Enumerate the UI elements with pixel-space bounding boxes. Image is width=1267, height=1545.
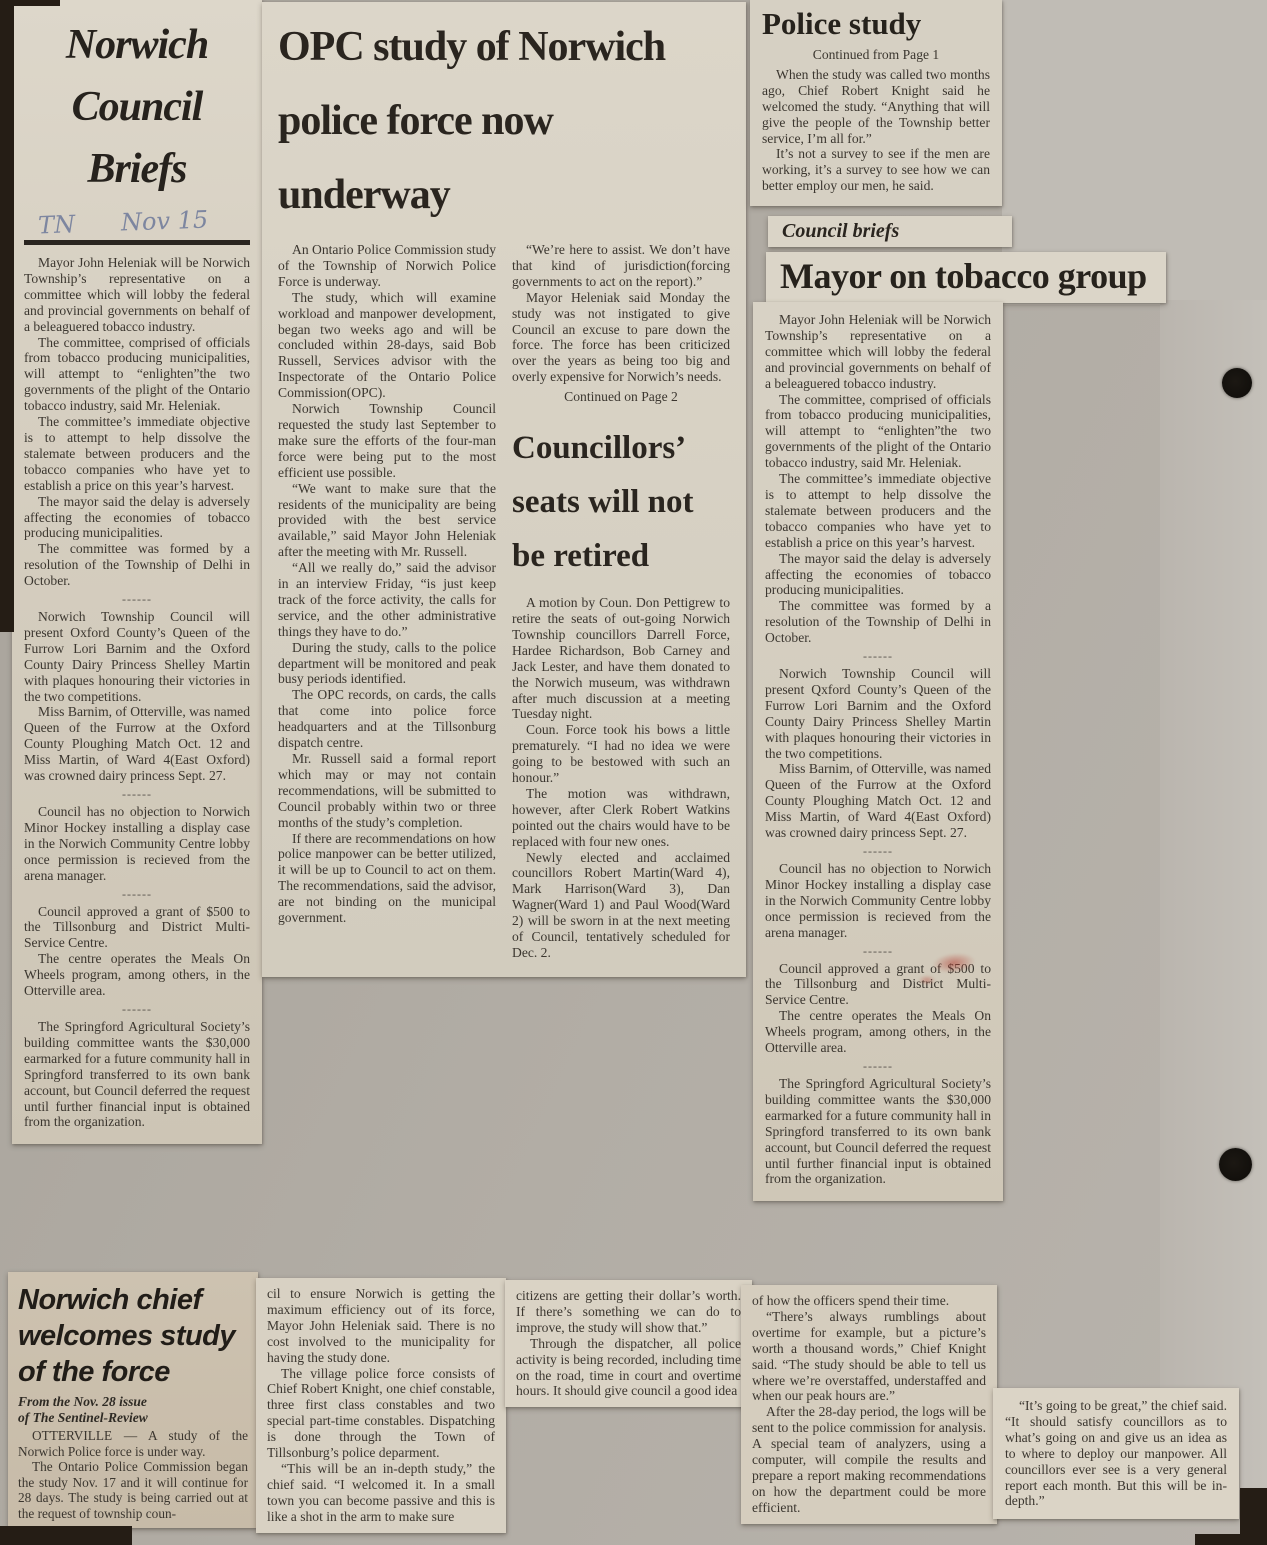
- headline-rule: [24, 240, 250, 245]
- paragraph: Miss Barnim, of Otterville, was named Qu…: [24, 704, 250, 784]
- headline-line: welcomes study: [18, 1318, 248, 1354]
- paragraph: “This will be an in-depth study,” the ch…: [267, 1461, 495, 1525]
- paragraph: The study, which will examine workload a…: [278, 290, 496, 401]
- headline-line: Councillors’: [512, 421, 730, 475]
- clipping-title: Norwich Council Briefs: [24, 14, 250, 200]
- paragraph: Council has no objection to Norwich Mino…: [24, 804, 250, 884]
- continued-note: Continued on Page 2: [512, 389, 730, 405]
- paragraph: The Springford Agricultural Society’s bu…: [765, 1076, 991, 1187]
- paragraph: Through the dispatcher, all police activ…: [516, 1336, 741, 1400]
- police-study-headline: Police study: [762, 5, 990, 43]
- continued-from-note: Continued from Page 1: [762, 47, 990, 63]
- title-line: Briefs: [24, 138, 250, 200]
- paragraph: Coun. Force took his bows a little prema…: [512, 722, 730, 786]
- kicker-label: Council briefs: [782, 220, 998, 243]
- paragraph: The motion was withdrawn, however, after…: [512, 786, 730, 850]
- paragraph: OTTERVILLE — A study of the Norwich Poli…: [18, 1428, 248, 1459]
- section-divider: ------: [765, 844, 991, 858]
- red-stain-small: [918, 975, 936, 985]
- paragraph: Council has no objection to Norwich Mino…: [765, 861, 991, 941]
- paragraph: It’s not a survey to see if the men are …: [762, 146, 990, 194]
- paragraph: After the 28-day period, the logs will b…: [752, 1404, 986, 1515]
- paragraph: A motion by Coun. Don Pettigrew to retir…: [512, 595, 730, 722]
- paragraph: The Ontario Police Commission began the …: [18, 1459, 248, 1521]
- paragraph: The committee’s immediate objective is t…: [24, 414, 250, 494]
- section-divider: ------: [24, 787, 250, 801]
- paragraph: Miss Barnim, of Otterville, was named Qu…: [765, 761, 991, 841]
- paragraph: Mayor Heleniak said Monday the study was…: [512, 290, 730, 385]
- headline-line: of the force: [18, 1354, 248, 1390]
- paragraph: Mr. Russell said a formal report which m…: [278, 751, 496, 831]
- paragraph: Mayor John Heleniak will be Norwich Town…: [24, 255, 250, 335]
- paragraph: The OPC records, on cards, the calls tha…: [278, 687, 496, 751]
- chief-col1-body: OTTERVILLE — A study of the Norwich Poli…: [18, 1428, 248, 1521]
- paragraph: “We’re here to assist. We don’t have tha…: [512, 242, 730, 290]
- paragraph: The village police force consists of Chi…: [267, 1366, 495, 1461]
- police-study-paragraphs: When the study was called two months ago…: [762, 67, 990, 194]
- continued-note-wrap: Continued on Page 2: [512, 389, 730, 405]
- opc-column-2: “We’re here to assist. We don’t have tha…: [512, 242, 730, 961]
- byline: From the Nov. 28 issue of The Sentinel-R…: [18, 1394, 248, 1426]
- tobacco-headline: Mayor on tobacco group: [780, 255, 1152, 297]
- clipping-opc-study: OPC study of Norwich police force now un…: [262, 2, 746, 977]
- clipping-norwich-council-briefs: Norwich Council Briefs TN Nov 15 Mayor J…: [12, 0, 262, 1144]
- clipping-council-briefs-kicker: Council briefs: [768, 216, 1012, 247]
- handwritten-initials: TN: [38, 210, 76, 239]
- paragraph: of how the officers spend their time.: [752, 1293, 986, 1309]
- paragraph: Newly elected and acclaimed councillors …: [512, 850, 730, 961]
- headline-line: be retired: [512, 529, 730, 583]
- title-line: Norwich: [24, 14, 250, 76]
- councillors-body: A motion by Coun. Don Pettigrew to retir…: [512, 595, 730, 961]
- paragraph: “We want to make sure that the residents…: [278, 481, 496, 561]
- paragraph: When the study was called two months ago…: [762, 67, 990, 147]
- paragraph: If there are recommendations on how poli…: [278, 831, 496, 926]
- clipping-chief-welcomes-col1: Norwich chief welcomes study of the forc…: [8, 1272, 258, 1528]
- councillors-headline: Councillors’ seats will not be retired: [512, 421, 730, 583]
- clipping-tobacco-headline: Mayor on tobacco group: [766, 252, 1166, 303]
- byline-line: of The Sentinel-Review: [18, 1410, 248, 1426]
- paragraph: Norwich Township Council will present Ox…: [24, 609, 250, 704]
- section-divider: ------: [24, 592, 250, 606]
- paragraph: Norwich Township Council requested the s…: [278, 401, 496, 481]
- headline-line: Norwich chief: [18, 1282, 248, 1318]
- paragraph: Mayor John Heleniak will be Norwich Town…: [765, 312, 991, 392]
- paragraph: The committee, comprised of officials fr…: [24, 335, 250, 415]
- headline-line: police force now underway: [278, 84, 730, 232]
- paragraph: The committee, comprised of officials fr…: [765, 392, 991, 472]
- paragraph: “There’s always rumblings about overtime…: [752, 1309, 986, 1404]
- clipping-chief-welcomes-col4: of how the officers spend their time.“Th…: [741, 1285, 997, 1524]
- paragraph: During the study, calls to the police de…: [278, 640, 496, 688]
- byline-line: From the Nov. 28 issue: [18, 1394, 248, 1410]
- album-edge-top-left: [0, 0, 60, 6]
- clipping-tobacco-body: Mayor John Heleniak will be Norwich Town…: [753, 302, 1003, 1201]
- paragraph: The centre operates the Meals On Wheels …: [24, 951, 250, 999]
- paragraph: Council approved a grant of $500 to the …: [24, 904, 250, 952]
- section-divider: ------: [765, 1059, 991, 1073]
- article-body-briefs: Mayor John Heleniak will be Norwich Town…: [24, 255, 250, 1130]
- black-dot-lower: [1219, 1148, 1252, 1181]
- paragraph: “It’s going to be great,” the chief said…: [1005, 1398, 1227, 1509]
- clipping-police-study: Police study Continued from Page 1 When …: [750, 0, 1002, 206]
- title-line: Council: [24, 76, 250, 138]
- handwritten-date: TN Nov 15: [24, 204, 251, 240]
- section-divider: ------: [24, 887, 250, 901]
- paragraph: The committee was formed by a resolution…: [765, 598, 991, 646]
- opc-columns: An Ontario Police Commission study of th…: [278, 242, 730, 961]
- paragraph: The mayor said the delay is adversely af…: [765, 551, 991, 599]
- headline-line: OPC study of Norwich: [278, 10, 730, 84]
- paragraph: The mayor said the delay is adversely af…: [24, 494, 250, 542]
- chief-headline: Norwich chief welcomes study of the forc…: [18, 1282, 248, 1390]
- album-edge-bottom-left: [0, 1526, 132, 1545]
- headline-line: seats will not: [512, 475, 730, 529]
- opc-headline: OPC study of Norwich police force now un…: [278, 10, 730, 232]
- section-divider: ------: [24, 1002, 250, 1016]
- album-edge-left: [0, 0, 14, 632]
- scrapbook-page: Norwich Council Briefs TN Nov 15 Mayor J…: [0, 0, 1267, 1545]
- handwritten-day: Nov 15: [121, 206, 209, 237]
- clipping-chief-welcomes-col3: citizens are getting their dollar’s wort…: [505, 1280, 752, 1407]
- clipping-chief-welcomes-col2: cil to ensure Norwich is getting the max…: [256, 1278, 506, 1533]
- paragraph: The committee was formed by a resolution…: [24, 541, 250, 589]
- paragraph: “All we really do,” said the advisor in …: [278, 560, 496, 640]
- opc-column-2-body: “We’re here to assist. We don’t have tha…: [512, 242, 730, 385]
- opc-column-1: An Ontario Police Commission study of th…: [278, 242, 496, 961]
- paragraph: An Ontario Police Commission study of th…: [278, 242, 496, 290]
- paragraph: Norwich Township Council will present Qx…: [765, 666, 991, 761]
- paragraph: The centre operates the Meals On Wheels …: [765, 1008, 991, 1056]
- paragraph: The committee’s immediate objective is t…: [765, 471, 991, 551]
- paragraph: cil to ensure Norwich is getting the max…: [267, 1286, 495, 1366]
- clipping-chief-welcomes-col5: “It’s going to be great,” the chief said…: [993, 1388, 1239, 1519]
- page-background-light-right: [1160, 300, 1267, 1490]
- black-dot-upper: [1222, 368, 1252, 398]
- section-divider: ------: [765, 649, 991, 663]
- album-edge-bottom-strip: [1195, 1534, 1267, 1545]
- paragraph: The Springford Agricultural Society’s bu…: [24, 1019, 250, 1130]
- paragraph: citizens are getting their dollar’s wort…: [516, 1288, 741, 1336]
- police-study-body: Continued from Page 1: [762, 47, 990, 63]
